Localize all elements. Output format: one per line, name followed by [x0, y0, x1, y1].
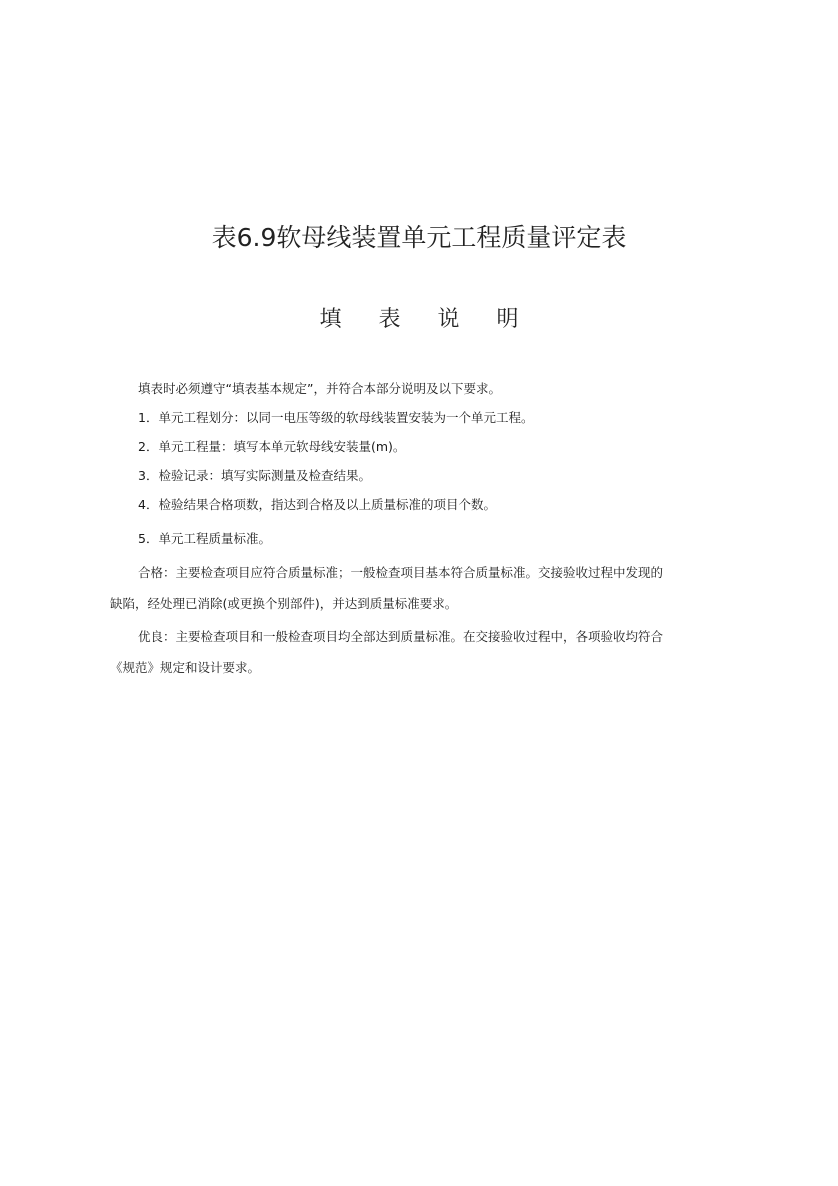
section-heading-char: 说 — [438, 304, 460, 336]
instruction-item-3: 3．检验记录：填写实际测量及检查结果。 — [138, 467, 371, 485]
document-page: 表6.9软母线装置单元工程质量评定表 填 表 说 明 填表时必须遵守“填表基本规… — [0, 0, 838, 1186]
document-title: 表6.9软母线装置单元工程质量评定表 — [0, 220, 838, 256]
section-heading: 填 表 说 明 — [0, 304, 838, 336]
section-heading-char: 明 — [497, 304, 519, 336]
excellent-standard-line-2: 《规范》规定和设计要求。 — [110, 659, 260, 677]
section-heading-char: 填 — [319, 304, 341, 336]
instruction-item-5: 5．单元工程质量标准。 — [138, 530, 271, 548]
section-heading-char: 表 — [378, 304, 400, 336]
instruction-item-4: 4．检验结果合格项数，指达到合格及以上质量标准的项目个数。 — [138, 496, 496, 514]
pass-standard-line-1: 合格：主要检查项目应符合质量标准；一般检查项目基本符合质量标准。交接验收过程中发… — [138, 564, 663, 582]
excellent-standard-line-1: 优良：主要检查项目和一般检查项目均全部达到质量标准。在交接验收过程中，各项验收均… — [138, 628, 663, 646]
instruction-item-1: 1．单元工程划分：以同一电压等级的软母线装置安装为一个单元工程。 — [138, 409, 533, 427]
instruction-item-2: 2．单元工程量：填写本单元软母线安装量(m)。 — [138, 438, 405, 456]
intro-paragraph: 填表时必须遵守“填表基本规定”，并符合本部分说明及以下要求。 — [138, 380, 501, 398]
pass-standard-line-2: 缺陷，经处理已消除(或更换个别部件)，并达到质量标准要求。 — [110, 595, 457, 613]
